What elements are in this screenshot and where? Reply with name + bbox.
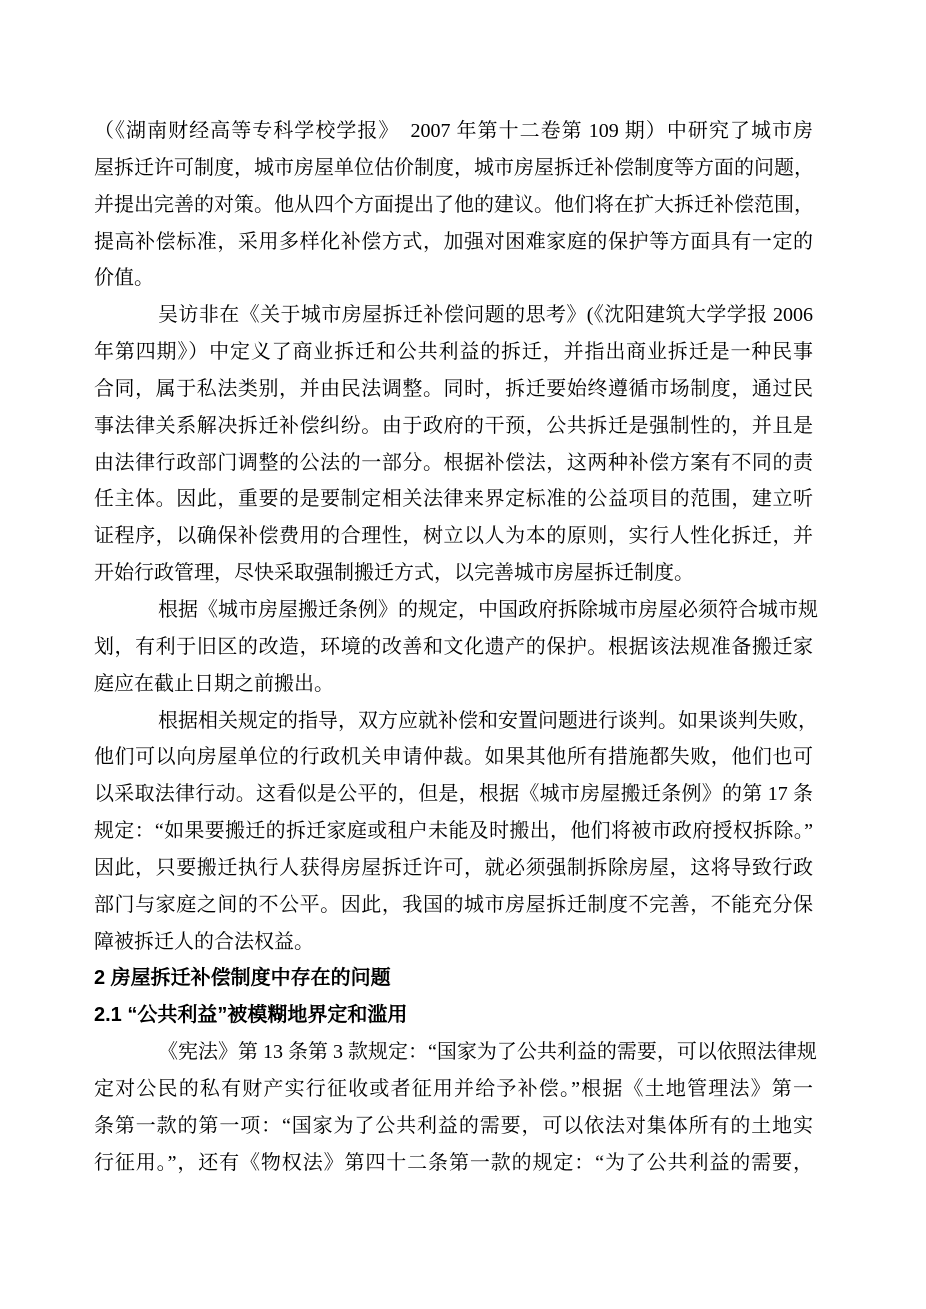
text-line: 开始行政管理，尽快采取强制搬迁方式，以完善城市房屋拆迁制度。 xyxy=(94,555,813,592)
text-line: 障被拆迁人的合法权益。 xyxy=(94,924,813,961)
text-line: （《湖南财经高等专科学校学报》 2007 年第十二卷第 109 期）中研究了城市… xyxy=(94,113,813,150)
document-page: （《湖南财经高等专科学校学报》 2007 年第十二卷第 109 期）中研究了城市… xyxy=(0,0,926,1309)
text-line: 部门与家庭之间的不公平。因此，我国的城市房屋拆迁制度不完善，不能充分保 xyxy=(94,887,813,924)
text-line: 他们可以向房屋单位的行政机关申请仲裁。如果其他所有措施都失败，他们也可 xyxy=(94,739,813,776)
text-line: 庭应在截止日期之前搬出。 xyxy=(94,666,813,703)
text-line: 提高补偿标准，采用多样化补偿方式，加强对困难家庭的保护等方面具有一定的 xyxy=(94,224,813,261)
text-line: 屋拆迁许可制度，城市房屋单位估价制度，城市房屋拆迁补偿制度等方面的问题， xyxy=(94,150,813,187)
text-line: 以采取法律行动。这看似是公平的，但是，根据《城市房屋搬迁条例》的第 17 条 xyxy=(94,776,813,813)
text-line: 事法律关系解决拆迁补偿纠纷。由于政府的干预，公共拆迁是强制性的，并且是 xyxy=(94,408,813,445)
paragraph: 根据相关规定的指导，双方应就补偿和安置问题进行谈判。如果谈判失败，他们可以向房屋… xyxy=(94,703,813,961)
text-line: 根据相关规定的指导，双方应就补偿和安置问题进行谈判。如果谈判失败， xyxy=(94,703,813,740)
text-line: 划，有利于旧区的改造，环境的改善和文化遗产的保护。根据该法规准备搬迁家 xyxy=(94,629,813,666)
text-line: 定对公民的私有财产实行征收或者征用并给予补偿。”根据《土地管理法》第一 xyxy=(94,1071,813,1108)
text-line: 行征用。”，还有《物权法》第四十二条第一款的规定：“为了公共利益的需要， xyxy=(94,1145,813,1182)
paragraph: 《宪法》第 13 条第 3 款规定：“国家为了公共利益的需要，可以依照法律规定对… xyxy=(94,1034,813,1181)
text-line: 吴访非在《关于城市房屋拆迁补偿问题的思考》(《沈阳建筑大学学报 2006 xyxy=(94,297,813,334)
paragraph: （《湖南财经高等专科学校学报》 2007 年第十二卷第 109 期）中研究了城市… xyxy=(94,113,813,297)
text-line: 年第四期》）中定义了商业拆迁和公共利益的拆迁，并指出商业拆迁是一种民事 xyxy=(94,334,813,371)
text-line: 因此，只要搬迁执行人获得房屋拆迁许可，就必须强制拆除房屋，这将导致行政 xyxy=(94,850,813,887)
document-content: （《湖南财经高等专科学校学报》 2007 年第十二卷第 109 期）中研究了城市… xyxy=(94,113,813,1181)
section-heading-2: 2 房屋拆迁补偿制度中存在的问题 xyxy=(94,960,813,997)
text-line: 任主体。因此，重要的是要制定相关法律来界定标准的公益项目的范围，建立听 xyxy=(94,481,813,518)
text-line: 价值。 xyxy=(94,260,813,297)
paragraph: 根据《城市房屋搬迁条例》的规定，中国政府拆除城市房屋必须符合城市规划，有利于旧区… xyxy=(94,592,813,703)
text-line: 条第一款的第一项：“国家为了公共利益的需要，可以依法对集体所有的土地实 xyxy=(94,1108,813,1145)
text-line: 合同，属于私法类别，并由民法调整。同时，拆迁要始终遵循市场制度，通过民 xyxy=(94,371,813,408)
text-line: 并提出完善的对策。他从四个方面提出了他的建议。他们将在扩大拆迁补偿范围， xyxy=(94,187,813,224)
text-line: 《宪法》第 13 条第 3 款规定：“国家为了公共利益的需要，可以依照法律规 xyxy=(94,1034,813,1071)
text-line: 根据《城市房屋搬迁条例》的规定，中国政府拆除城市房屋必须符合城市规 xyxy=(94,592,813,629)
text-line: 证程序，以确保补偿费用的合理性，树立以人为本的原则，实行人性化拆迁，并 xyxy=(94,518,813,555)
section-heading-2.1: 2.1 “公共利益”被模糊地界定和滥用 xyxy=(94,997,813,1034)
text-line: 由法律行政部门调整的公法的一部分。根据补偿法，这两种补偿方案有不同的责 xyxy=(94,445,813,482)
paragraph: 吴访非在《关于城市房屋拆迁补偿问题的思考》(《沈阳建筑大学学报 2006年第四期… xyxy=(94,297,813,592)
text-line: 规定：“如果要搬迁的拆迁家庭或租户未能及时搬出，他们将被市政府授权拆除。” xyxy=(94,813,813,850)
